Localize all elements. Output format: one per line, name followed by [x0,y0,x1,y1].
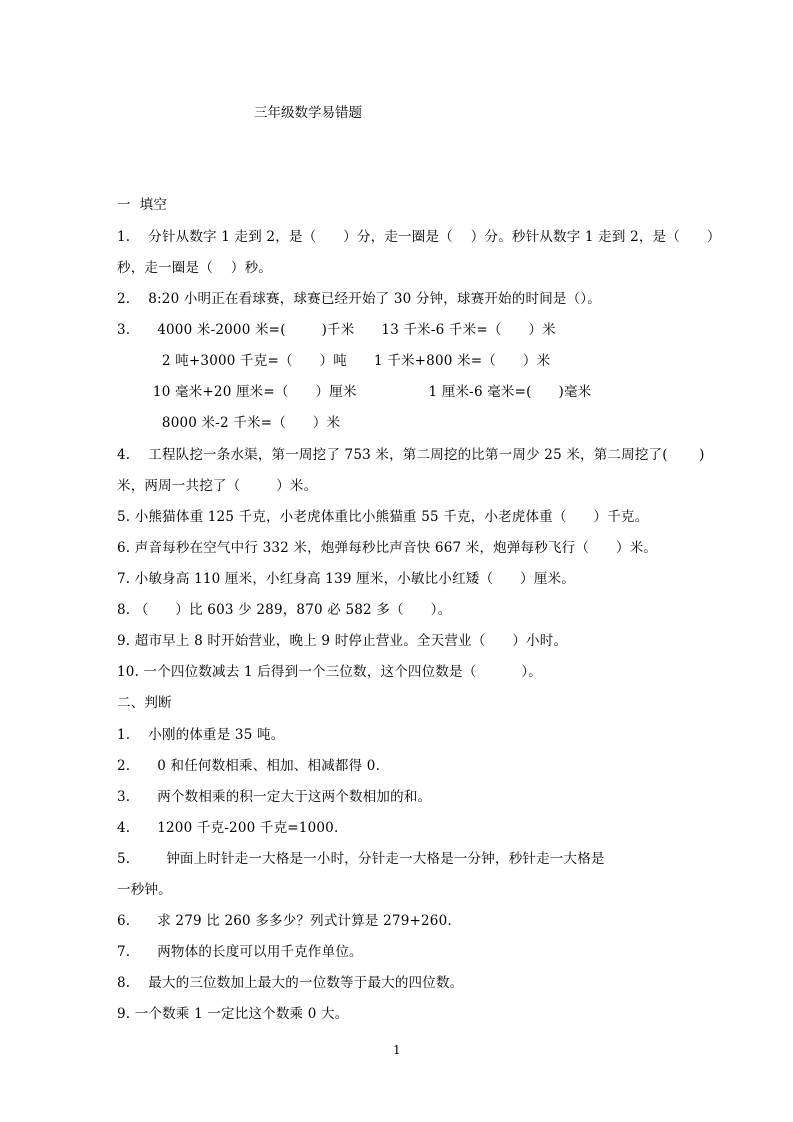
question-line: 一秒钟。 [117,881,172,899]
question-line: 米，两周一共挖了（ ）米。 [117,477,317,495]
question-line: 9. 超市早上 8 时开始营业，晚上 9 时停止营业。全天营业（ ）小时。 [117,632,567,650]
question-line: 1. 小刚的体重是 35 吨。 [117,726,284,744]
question-line: 7. 两物体的长度可以用千克作单位。 [117,943,363,961]
question-line: 1. 分针从数字 1 走到 2，是（ ）分，走一圈是（ ）分。秒针从数字 1 走… [117,228,721,246]
question-line: 8. （ ）比 603 少 289，870 必 582 多（ ）。 [117,601,451,619]
question-line: 8. 最大的三位数加上最大的一位数等于最大的四位数。 [117,974,463,992]
question-line: 10. 一个四位数减去 1 后得到一个三位数，这个四位数是（ ）。 [117,663,542,681]
question-line: 9. 一个数乘 1 一定比这个数乘 0 大。 [117,1005,348,1023]
question-line: 3. 4000 米-2000 米=( )千米 13 千米-6 千米=（ ）米 [117,321,556,339]
section-heading-judgement: 二、判断 [117,694,172,712]
question-line: 2 吨+3000 千克=（ ）吨 1 千米+800 米=（ ）米 [117,352,550,370]
document-title: 三年级数学易错题 [254,104,362,122]
page-number: 1 [393,1042,401,1058]
question-line: 4. 工程队挖一条水渠，第一周挖了 753 米，第二周挖的比第一周少 25 米，… [117,446,705,464]
question-line: 秒，走一圈是（ ）秒。 [117,259,272,277]
question-line: 8000 米-2 千米=（ ）米 [117,414,340,432]
question-line: 5. 小熊猫体重 125 千克，小老虎体重比小熊猫重 55 千克，小老虎体重（ … [117,508,648,526]
question-line: 10 毫米+20 厘米=（ ）厘米 1 厘米-6 毫米=( )毫米 [117,383,591,401]
question-line: 2. 8:20 小明正在看球赛，球赛已经开始了 30 分钟，球赛开始的时间是（）… [117,290,601,308]
question-line: 7. 小敏身高 110 厘米，小红身高 139 厘米，小敏比小红矮（ ）厘米。 [117,570,575,588]
question-line: 6. 求 279 比 260 多多少？列式计算是 279+260. [117,912,452,930]
question-line: 5. 钟面上时针走一大格是一小时，分针走一大格是一分钟，秒针走一大格是 [117,850,605,868]
question-line: 6. 声音每秒在空气中行 332 米，炮弹每秒比声音快 667 米，炮弹每秒飞行… [117,539,657,557]
question-line: 3. 两个数相乘的积一定大于这两个数相加的和。 [117,788,431,806]
question-line: 2. 0 和任何数相乘、相加、相减都得 0. [117,757,380,775]
document-page: 三年级数学易错题 一 填空 1. 分针从数字 1 走到 2，是（ ）分，走一圈是… [0,0,793,1122]
section-heading-fill-in: 一 填空 [117,196,167,214]
question-line: 4. 1200 千克-200 千克=1000. [117,819,338,837]
